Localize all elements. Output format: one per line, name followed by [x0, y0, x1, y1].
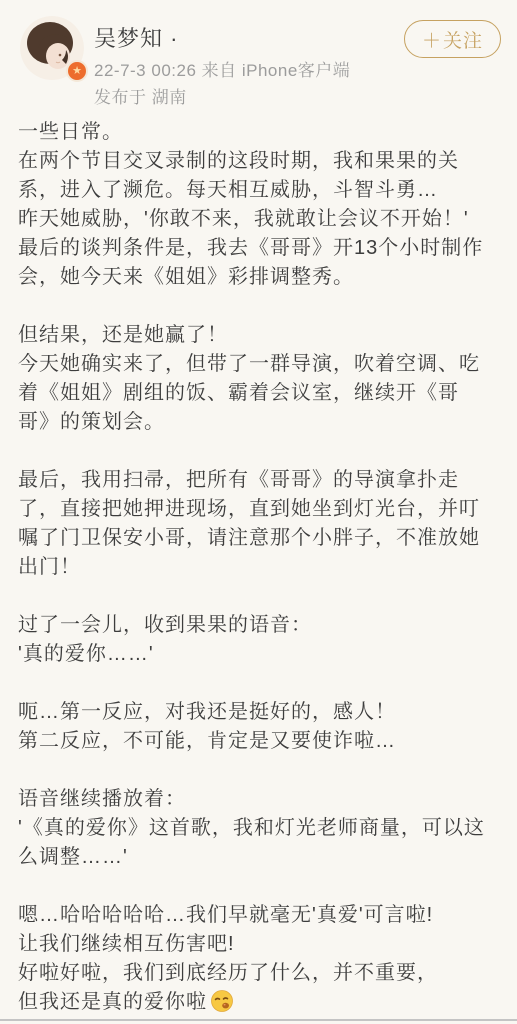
post-source: 来自 iPhone客户端: [202, 61, 351, 80]
post-paragraph: 一些日常。 在两个节目交叉录制的这段时期，我和果果的关 系，进入了濒危。每天相互…: [18, 118, 499, 292]
avatar[interactable]: ★: [20, 16, 84, 80]
bottom-divider: [0, 1019, 517, 1021]
post-body: 一些日常。 在两个节目交叉录制的这段时期，我和果果的关 系，进入了濒危。每天相互…: [0, 106, 517, 1017]
post-paragraph: 语音继续播放着： '《真的爱你》这首歌，我和灯光老师商量，可以这 么调整……': [18, 785, 499, 872]
post-header: ★ 吴梦知 · 22-7-3 00:26 来自 iPhone客户端 发布于 湖南…: [0, 0, 517, 106]
weibo-post-screen: ★ 吴梦知 · 22-7-3 00:26 来自 iPhone客户端 发布于 湖南…: [0, 0, 517, 1024]
follow-button-label: 关注: [443, 26, 483, 53]
plus-icon: ＋: [422, 26, 442, 53]
username[interactable]: 吴梦知 ·: [94, 22, 178, 53]
post-paragraph: 嗯…哈哈哈哈哈…我们早就毫无'真爱'可言啦! 让我们继续相互伤害吧! 好啦好啦，…: [18, 901, 499, 1017]
post-paragraph: 最后，我用扫帚，把所有《哥哥》的导演拿扑走 了，直接把她押进现场，直到她坐到灯光…: [18, 466, 499, 582]
post-location: 发布于 湖南: [94, 83, 187, 108]
verified-star-icon: ★: [66, 60, 88, 82]
post-paragraph: 过了一会儿，收到果果的语音： '真的爱你……': [18, 611, 499, 669]
follow-button[interactable]: ＋关注: [404, 20, 501, 58]
post-paragraph: 呃…第一反应，对我还是挺好的，感人！ 第二反应，不可能，肯定是又要使诈啦…: [18, 698, 499, 756]
timestamp: 22-7-3 00:26: [94, 61, 196, 80]
post-meta: 22-7-3 00:26 来自 iPhone客户端: [94, 56, 350, 81]
post-paragraph: 但结果，还是她赢了！ 今天她确实来了，但带了一群导演，吹着空调、吃 着《姐姐》剧…: [18, 321, 499, 437]
kissing-face-emoji-icon: [210, 989, 234, 1013]
